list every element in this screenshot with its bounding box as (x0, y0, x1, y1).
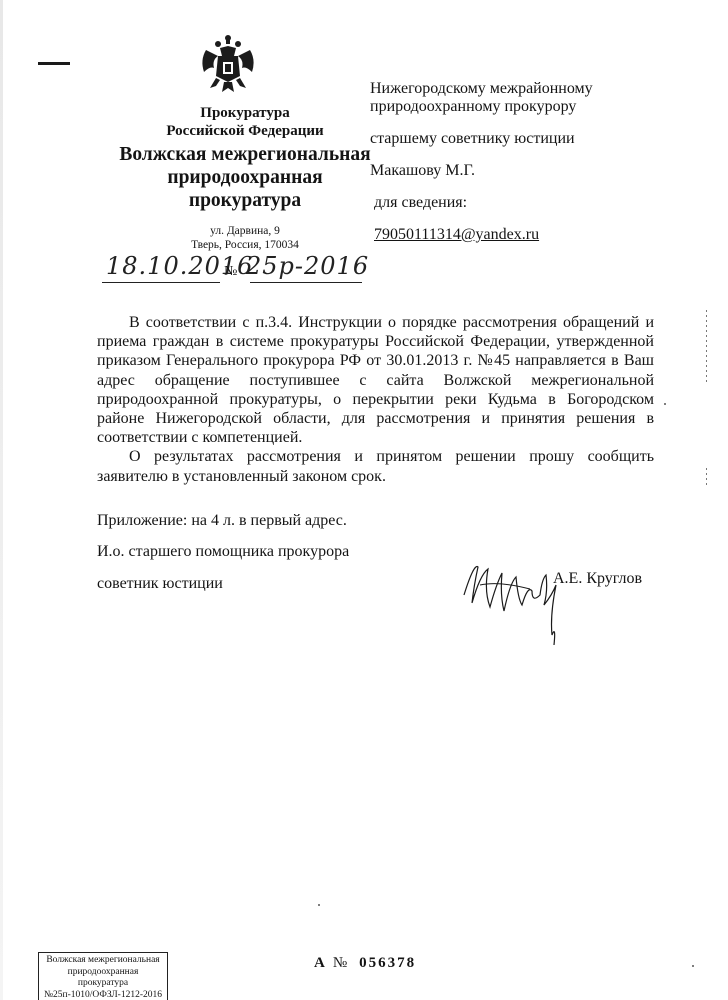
number-label: № (224, 264, 237, 280)
signer-rank: советник юстиции (97, 575, 223, 593)
scan-margin-mark (706, 468, 707, 488)
date-number-line: 18.10.2016 № 25р-2016 (100, 256, 360, 286)
handwritten-number: 25р-2016 (246, 252, 369, 280)
serial-no-label: № (333, 955, 349, 971)
signer-position: И.о. старшего помощника прокурора (97, 543, 349, 561)
recipient-title: старшему советнику юстиции (370, 130, 670, 148)
stamp-line2: природоохранная (39, 967, 167, 979)
department-header: Волжская межрегиональная природоохранная… (100, 143, 390, 212)
org-name-line1: Прокуратура (100, 104, 390, 122)
body-paragraph-1: В соответствии с п.3.4. Инструкции о пор… (97, 313, 654, 447)
stamp-line4: №25п-1010/ОФЗЛ-1212-2016 (39, 990, 167, 1000)
stamp-line3: прокуратура (39, 978, 167, 990)
number-underline (250, 282, 362, 283)
appendix-note: Приложение: на 4 л. в первый адрес. (97, 512, 347, 530)
recipient-name: Макашову М.Г. (370, 162, 670, 180)
russian-coat-of-arms-icon (196, 32, 260, 96)
serial-number: 056378 (359, 955, 416, 971)
department-name-line3: прокуратура (100, 189, 390, 212)
department-name-line1: Волжская межрегиональная (100, 143, 390, 166)
form-serial-number: А№056378 (314, 955, 416, 972)
scan-speck (692, 965, 694, 967)
cc-email-link[interactable]: 79050111314@yandex.ru (374, 226, 539, 243)
sender-address: ул. Дарвина, 9 Тверь, Россия, 170034 (170, 224, 320, 252)
address-city: Тверь, Россия, 170034 (170, 238, 320, 252)
address-street: ул. Дарвина, 9 (170, 224, 320, 238)
letter-body: В соответствии с п.3.4. Инструкции о пор… (97, 313, 654, 486)
recipient-line2: природоохранному прокурору (370, 98, 670, 116)
department-name-line2: природоохранная (100, 166, 390, 189)
scan-margin-mark (706, 310, 707, 382)
serial-series: А (314, 955, 327, 971)
cc-label: для сведения: (370, 194, 670, 212)
registration-stamp: Волжская межрегиональная природоохранная… (38, 952, 168, 1000)
org-header: Прокуратура Российской Федерации (100, 104, 390, 140)
body-paragraph-2: О результатах рассмотрения и принятом ре… (97, 447, 654, 485)
recipient-line1: Нижегородскому межрайонному (370, 80, 670, 98)
scan-speck (318, 904, 320, 906)
recipient-block: Нижегородскому межрайонному природоохран… (370, 80, 670, 244)
org-name-line2: Российской Федерации (100, 122, 390, 140)
signer-name: А.Е. Круглов (553, 570, 642, 588)
stamp-line1: Волжская межрегиональная (39, 955, 167, 967)
scan-mark-dash (38, 62, 70, 65)
scan-edge (0, 0, 3, 1000)
date-underline (102, 282, 220, 283)
scan-speck (664, 403, 666, 405)
